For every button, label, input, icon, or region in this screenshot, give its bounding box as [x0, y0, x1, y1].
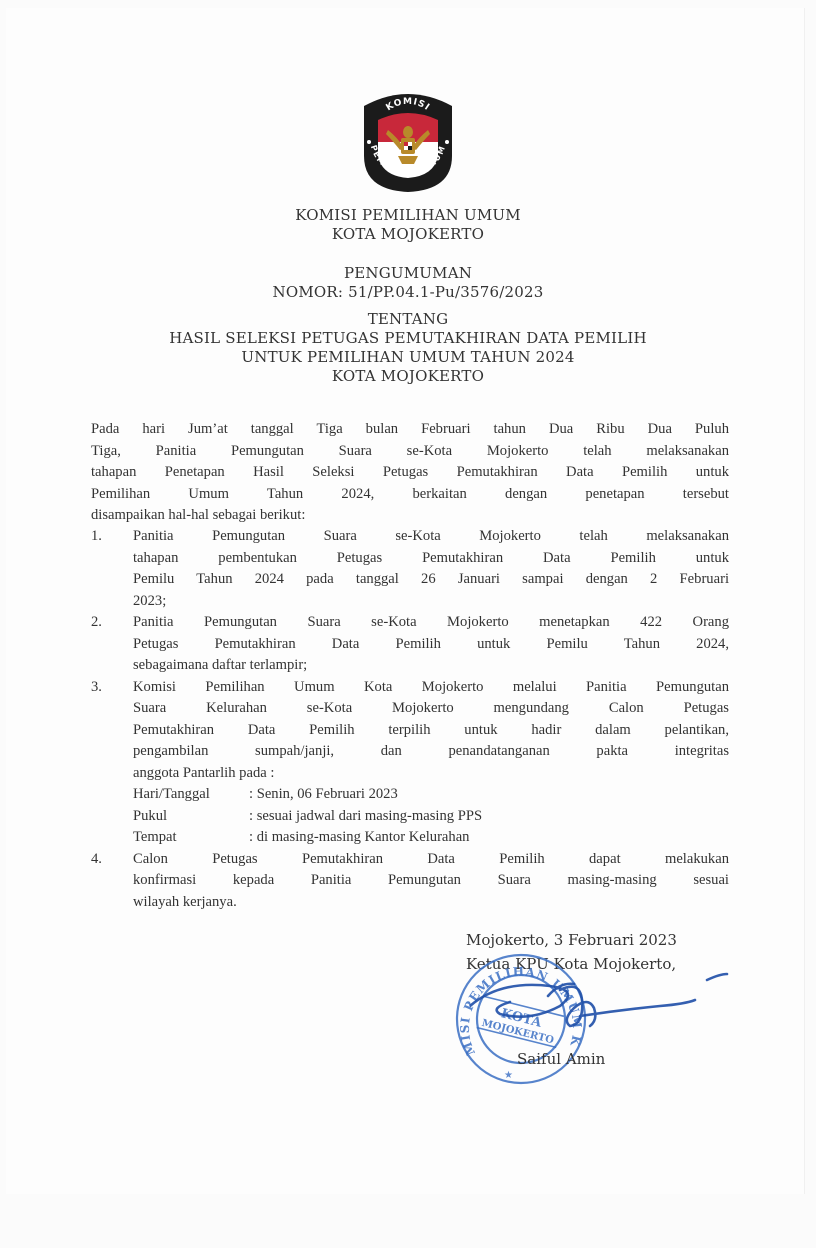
item-line: Panitia Pemungutan Suara se-Kota Mojoker…	[133, 526, 729, 548]
item-line: 2023;	[133, 591, 729, 613]
institution-city: KOTA MOJOKERTO	[0, 225, 816, 244]
svg-text:★: ★	[504, 1070, 513, 1081]
item-line: pengambilan sumpah/janji, dan penandatan…	[133, 741, 729, 763]
intro-line: Pemilihan Umum Tahun 2024, berkaitan den…	[91, 484, 729, 506]
document-header: KOMISI PEMILIHAN UMUM KOTA MOJOKERTO	[0, 206, 816, 244]
intro-line: disampaikan hal-hal sebagai berikut:	[91, 505, 729, 527]
about-label: TENTANG	[0, 310, 816, 329]
kpu-logo-icon: KOMISI PEMILIHAN UMUM	[354, 86, 462, 194]
item-line: Pemilu Tahun 2024 pada tanggal 26 Januar…	[133, 569, 729, 591]
detail-label: Hari/Tanggal	[133, 784, 249, 806]
intro-paragraph: Pada hari Jum’at tanggal Tiga bulan Febr…	[91, 419, 729, 527]
detail-label: Pukul	[133, 806, 249, 828]
item-line: sebagaimana daftar terlampir;	[133, 655, 729, 677]
institution-name: KOMISI PEMILIHAN UMUM	[0, 206, 816, 225]
item-line: Komisi Pemilihan Umum Kota Mojokerto mel…	[133, 677, 729, 699]
item-number: 2.	[91, 612, 102, 634]
list-item: 2. Panitia Pemungutan Suara se-Kota Mojo…	[91, 612, 729, 677]
handwritten-signature-icon	[470, 960, 750, 1070]
event-detail-row: Tempat : di masing-masing Kantor Kelurah…	[133, 827, 729, 849]
item-line: konfirmasi kepada Panitia Pemungutan Sua…	[133, 870, 729, 892]
item-line: Petugas Pemutakhiran Data Pemilih untuk …	[133, 634, 729, 656]
list-item: 4. Calon Petugas Pemutakhiran Data Pemil…	[91, 849, 729, 914]
item-line: wilayah kerjanya.	[133, 892, 729, 914]
item-line: Panitia Pemungutan Suara se-Kota Mojoker…	[133, 612, 729, 634]
item-line: Suara Kelurahan se-Kota Mojokerto mengun…	[133, 698, 729, 720]
item-line: tahapan pembentukan Petugas Pemutakhiran…	[133, 548, 729, 570]
item-number: 3.	[91, 677, 102, 699]
event-detail-row: Pukul : sesuai jadwal dari masing-masing…	[133, 806, 729, 828]
subject-block: TENTANG HASIL SELEKSI PETUGAS PEMUTAKHIR…	[0, 310, 816, 386]
item-line: anggota Pantarlih pada :	[133, 763, 729, 785]
announcement-block: PENGUMUMAN NOMOR: 51/PP.04.1-Pu/3576/202…	[0, 264, 816, 302]
list-item: 1. Panitia Pemungutan Suara se-Kota Mojo…	[91, 526, 729, 612]
subject-line: KOTA MOJOKERTO	[0, 367, 816, 386]
intro-line: tahapan Penetapan Hasil Seleksi Petugas …	[91, 462, 729, 484]
list-item: 3. Komisi Pemilihan Umum Kota Mojokerto …	[91, 677, 729, 849]
subject-line: HASIL SELEKSI PETUGAS PEMUTAKHIRAN DATA …	[0, 329, 816, 348]
item-line: Pemutakhiran Data Pemilih terpilih untuk…	[133, 720, 729, 742]
subject-line: UNTUK PEMILIHAN UMUM TAHUN 2024	[0, 348, 816, 367]
item-number: 4.	[91, 849, 102, 871]
signatory-name: Saiful Amin	[517, 1047, 605, 1071]
document-type: PENGUMUMAN	[0, 264, 816, 283]
detail-label: Tempat	[133, 827, 249, 849]
place-date: Mojokerto, 3 Februari 2023	[466, 928, 677, 952]
item-line: Calon Petugas Pemutakhiran Data Pemilih …	[133, 849, 729, 871]
event-detail-row: Hari/Tanggal : Senin, 06 Februari 2023	[133, 784, 729, 806]
detail-value: : sesuai jadwal dari masing-masing PPS	[249, 806, 482, 828]
intro-line: Pada hari Jum’at tanggal Tiga bulan Febr…	[91, 419, 729, 441]
intro-line: Tiga, Panitia Pemungutan Suara se-Kota M…	[91, 441, 729, 463]
numbered-list: 1. Panitia Pemungutan Suara se-Kota Mojo…	[91, 526, 729, 913]
detail-value: : Senin, 06 Februari 2023	[249, 784, 398, 806]
detail-value: : di masing-masing Kantor Kelurahan	[249, 827, 469, 849]
item-number: 1.	[91, 526, 102, 548]
document-number: NOMOR: 51/PP.04.1-Pu/3576/2023	[0, 283, 816, 302]
